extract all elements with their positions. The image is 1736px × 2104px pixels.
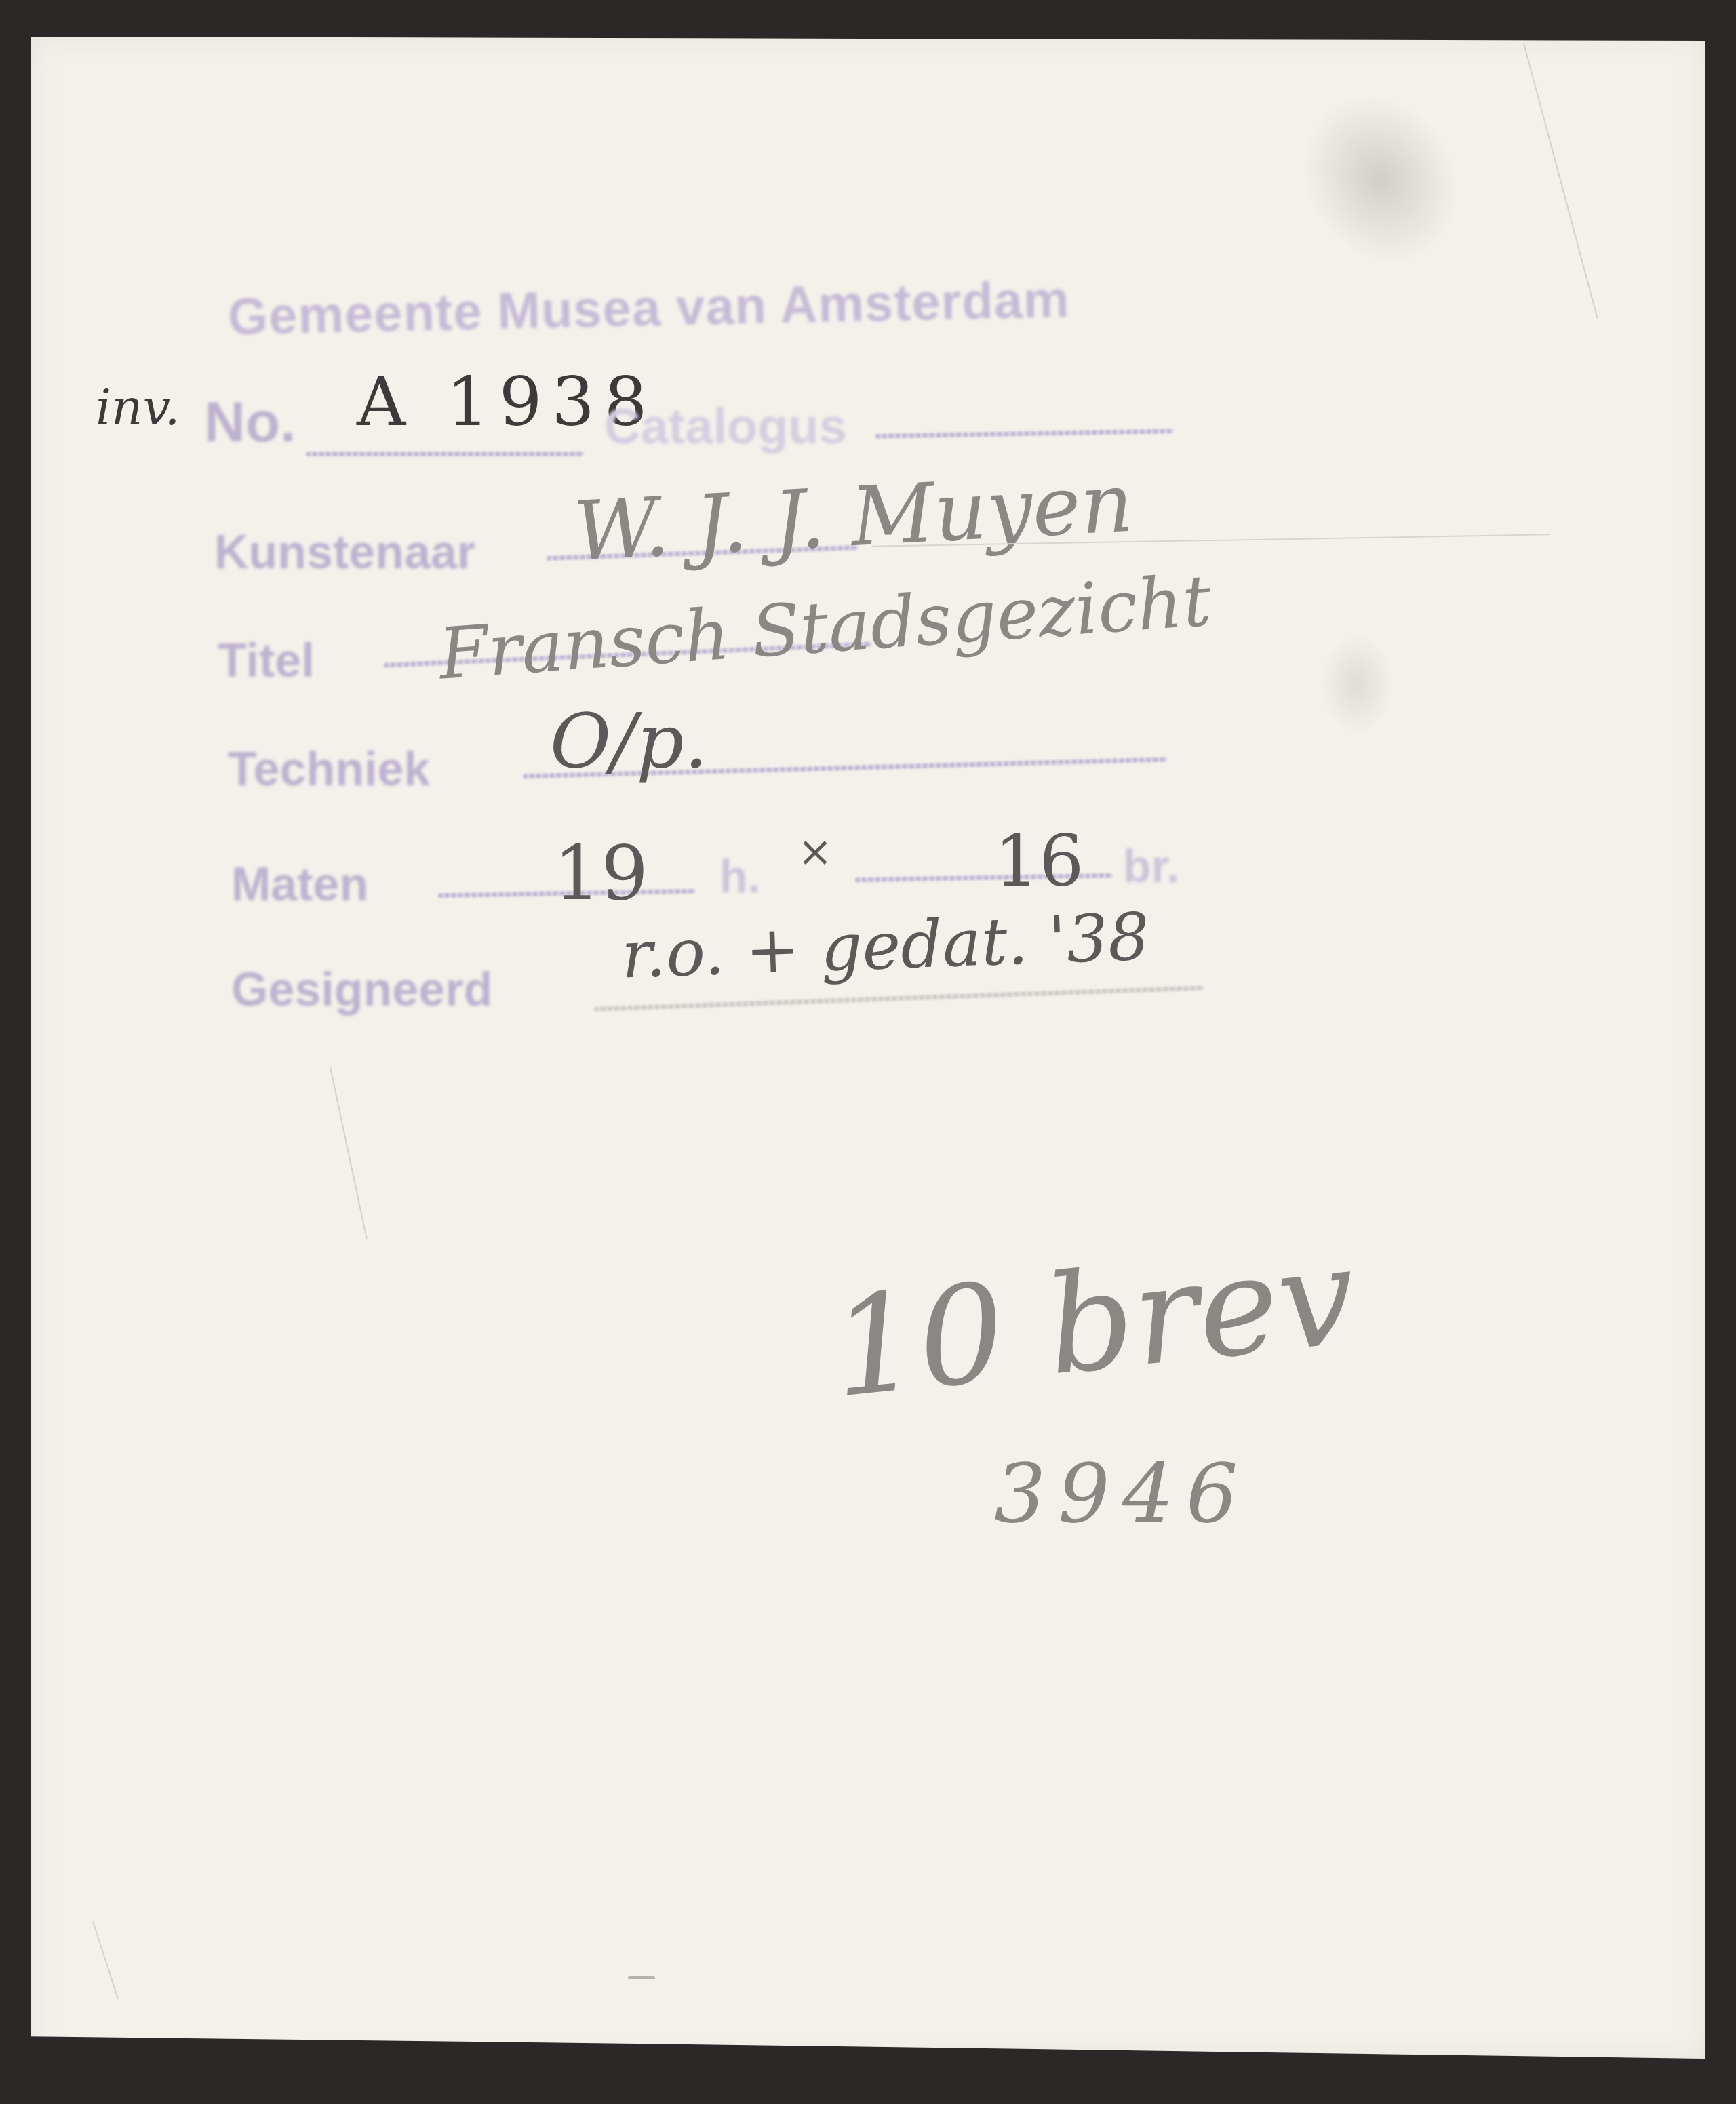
paper-scratch [330,1067,368,1240]
handwritten-maten-h: 19 [553,830,648,917]
handwritten-note-line2: 3946 [994,1447,1250,1541]
stamp-label-maten: Maten [231,857,368,911]
stamp-museum-header: Gemeente Musea van Amsterdam [227,270,1070,346]
stamp-dotline-catalogus [875,429,1174,439]
paper-scratch [1523,43,1598,318]
stamp-label-techniek: Techniek [228,742,430,796]
paper-scratch [92,1921,119,1999]
handwritten-gesigneerd: r.o. + gedat. '38 [620,898,1150,993]
pencil-smudge [1320,633,1394,735]
stamp-dotline-no [306,452,584,456]
handwritten-inv-prefix: inv. [96,379,180,436]
handwritten-techniek: O/p. [550,698,708,785]
stamp-label-maten-br: br. [1123,840,1179,893]
handwritten-kunstenaar: W. J. J. Muyen [572,456,1135,580]
pencil-mark [628,1976,655,1979]
stamp-label-no: No. [204,389,296,455]
handwritten-maten-br: 16 [994,820,1084,902]
handwritten-note-line1: 10 brev [825,1216,1362,1429]
stamp-label-maten-h: h. [719,850,760,903]
stamp-label-kunstenaar: Kunstenaar [214,525,475,579]
pencil-smudge [1272,65,1490,292]
handwritten-titel: Fransch Stadsgezicht [436,559,1213,695]
stamp-label-catalogus: Catalogus [604,397,847,455]
photo-verso-sheet: Gemeente Musea van Amsterdam inv. No. A … [31,37,1705,2059]
stamp-label-gesigneerd: Gesigneerd [231,962,492,1016]
stamp-label-titel: Titel [218,633,315,688]
handwritten-maten-times: × [797,827,833,876]
